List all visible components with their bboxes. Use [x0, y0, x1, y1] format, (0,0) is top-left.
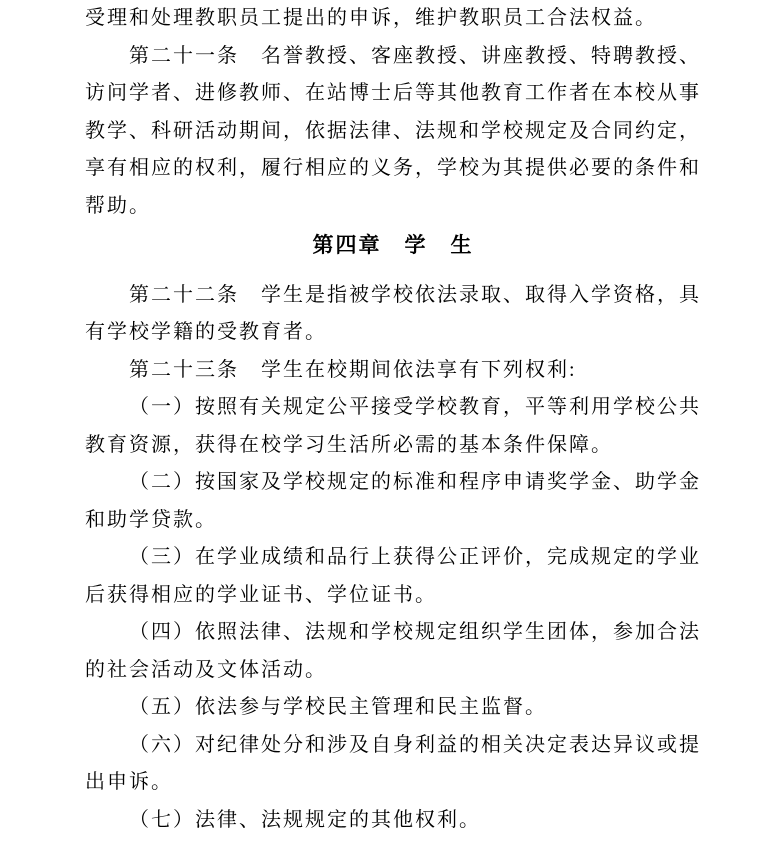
document-body: 受理和处理教职员工提出的申诉，维护教职员工合法权益。第二十一条 名誉教授、客座教…	[85, 0, 701, 839]
paragraph: （三）在学业成绩和品行上获得公正评价，完成规定的学业后获得相应的学业证书、学位证…	[85, 539, 701, 614]
document-page: 受理和处理教职员工提出的申诉，维护教职员工合法权益。第二十一条 名誉教授、客座教…	[0, 0, 783, 842]
paragraph: （二）按国家及学校规定的标准和程序申请奖学金、助学金和助学贷款。	[85, 464, 701, 539]
paragraph: （七）法律、法规规定的其他权利。	[85, 802, 701, 840]
paragraph: （四）依照法律、法规和学校规定组织学生团体，参加合法的社会活动及文体活动。	[85, 614, 701, 689]
paragraph: 第二十一条 名誉教授、客座教授、讲座教授、特聘教授、访问学者、进修教师、在站博士…	[85, 38, 701, 226]
paragraph: （一）按照有关规定公平接受学校教育，平等利用学校公共教育资源，获得在校学习生活所…	[85, 389, 701, 464]
paragraph: 第二十三条 学生在校期间依法享有下列权利:	[85, 352, 701, 390]
chapter-heading: 第四章 学 生	[85, 227, 701, 265]
paragraph: 受理和处理教职员工提出的申诉，维护教职员工合法权益。	[85, 0, 701, 38]
paragraph: （六）对纪律处分和涉及自身利益的相关决定表达异议或提出申诉。	[85, 727, 701, 802]
paragraph: （五）依法参与学校民主管理和民主监督。	[85, 689, 701, 727]
paragraph: 第二十二条 学生是指被学校依法录取、取得入学资格，具有学校学籍的受教育者。	[85, 277, 701, 352]
